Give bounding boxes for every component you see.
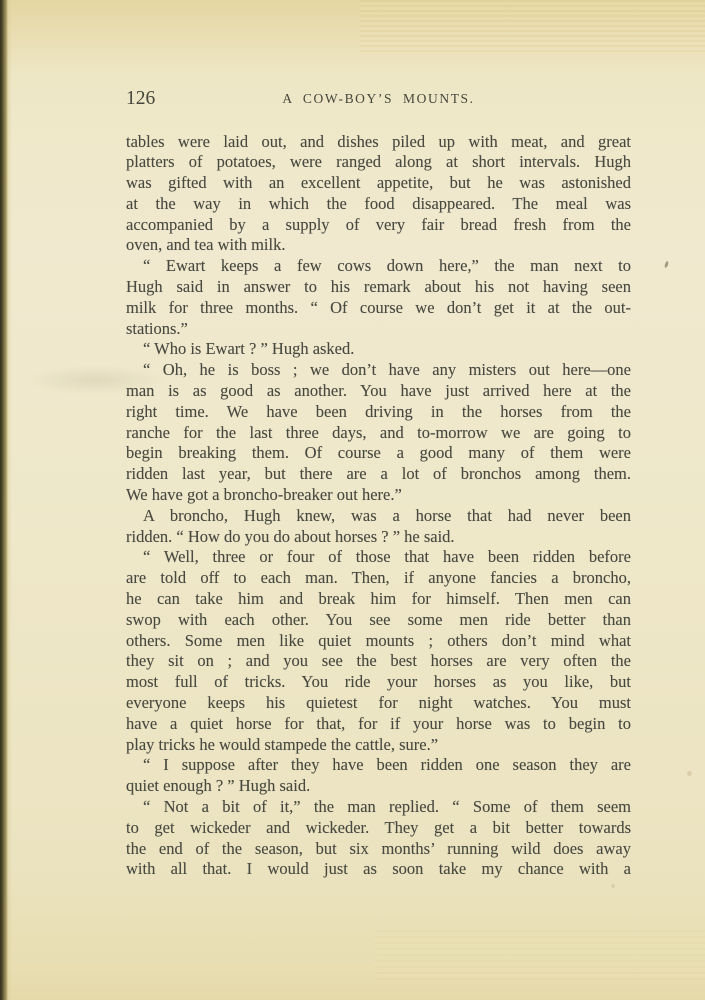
paper-speck: [687, 771, 692, 776]
text-line: the end of the season, but six months’ r…: [126, 839, 631, 860]
text-line: platters of potatoes, were ranged along …: [126, 152, 631, 173]
text-line: everyone keeps his quietest for night wa…: [126, 693, 631, 714]
text-line: they sit on ; and you see the best horse…: [126, 651, 631, 672]
text-line: accompanied by a supply of very fair bre…: [126, 215, 631, 236]
text-line: “ Not a bit of it,” the man replied. “ S…: [126, 797, 631, 818]
text-line: “ Oh, he is boss ; we don’t have any mis…: [126, 360, 631, 381]
text-line: oven, and tea with milk.: [126, 235, 631, 256]
running-header-row: 126 A COW-BOY’S MOUNTS.: [126, 86, 631, 114]
paper-speck: [611, 884, 615, 888]
text-line: ridden. “ How do you do about horses ? ”…: [126, 527, 631, 548]
text-line: right time. We have been driving in the …: [126, 402, 631, 423]
text-line: tables were laid out, and dishes piled u…: [126, 132, 631, 153]
text-line: We have got a broncho-breaker out here.”: [126, 485, 631, 506]
text-line: “ Well, three or four of those that have…: [126, 547, 631, 568]
text-line: most full of tricks. You ride your horse…: [126, 672, 631, 693]
text-line: swop with each other. You see some men r…: [126, 610, 631, 631]
text-line: others. Some men like quiet mounts ; oth…: [126, 631, 631, 652]
text-line: begin breaking them. Of course a good ma…: [126, 443, 631, 464]
text-line: was gifted with an excellent appetite, b…: [126, 173, 631, 194]
text-line: to get wickeder and wickeder. They get a…: [126, 818, 631, 839]
binding-edge-shadow: [0, 0, 12, 1000]
running-header-title: A COW-BOY’S MOUNTS.: [126, 91, 631, 107]
text-line: milk for three months. “ Of course we do…: [126, 298, 631, 319]
text-line: at the way in which the food disappeared…: [126, 194, 631, 215]
text-line: have a quiet horse for that, for if your…: [126, 714, 631, 735]
scan-streaks-top: [360, 0, 705, 54]
text-line: A broncho, Hugh knew, was a horse that h…: [126, 506, 631, 527]
book-page-scan: 126 A COW-BOY’S MOUNTS. tables were laid…: [0, 0, 705, 1000]
text-line: man is as good as another. You have just…: [126, 381, 631, 402]
text-line: with all that. I would just as soon take…: [126, 859, 631, 880]
body-text: tables were laid out, and dishes piled u…: [126, 132, 631, 881]
paper-speck: [664, 261, 669, 269]
text-line: “ Ewart keeps a few cows down here,” the…: [126, 256, 631, 277]
text-line: Hugh said in answer to his remark about …: [126, 277, 631, 298]
text-line: quiet enough ? ” Hugh said.: [126, 776, 631, 797]
text-line: are told off to each man. Then, if anyon…: [126, 568, 631, 589]
text-line: stations.”: [126, 319, 631, 340]
text-line: ranche for the last three days, and to-m…: [126, 423, 631, 444]
scan-streaks-bottom: [375, 930, 705, 980]
text-line: “ I suppose after they have been ridden …: [126, 755, 631, 776]
text-line: “ Who is Ewart ? ” Hugh asked.: [126, 339, 631, 360]
text-line: ridden last year, but there are a lot of…: [126, 464, 631, 485]
text-line: play tricks he would stampede the cattle…: [126, 735, 631, 756]
text-line: he can take him and break him for himsel…: [126, 589, 631, 610]
